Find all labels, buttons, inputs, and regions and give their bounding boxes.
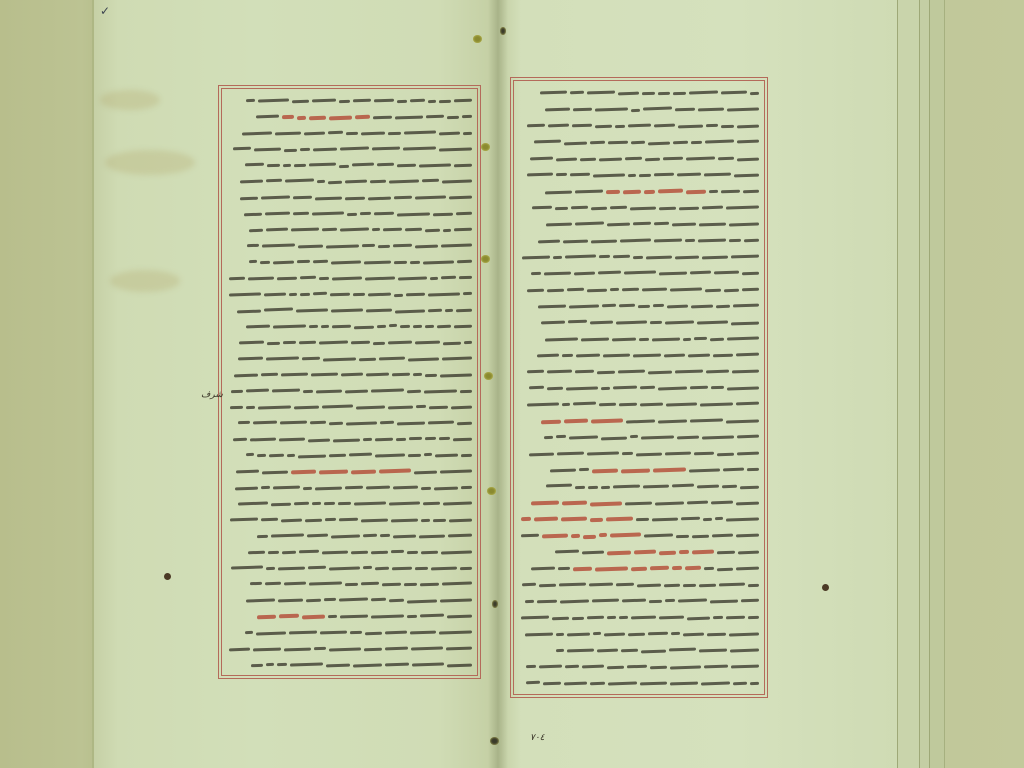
script-word — [654, 239, 682, 243]
script-word — [389, 180, 419, 184]
script-word — [354, 325, 374, 329]
script-word — [641, 435, 674, 439]
ink-spot — [822, 584, 829, 591]
script-word — [397, 212, 430, 216]
script-word — [291, 469, 316, 473]
binding-hole — [481, 143, 490, 151]
script-word — [385, 646, 408, 650]
script-word — [443, 501, 472, 505]
script-word — [565, 255, 596, 259]
script-word — [562, 354, 573, 357]
text-line — [519, 151, 759, 167]
script-word — [731, 664, 759, 668]
script-word — [595, 125, 612, 129]
script-word — [567, 288, 584, 292]
script-word — [545, 108, 570, 112]
script-word — [534, 517, 558, 521]
script-word — [393, 244, 412, 248]
script-word — [329, 454, 346, 458]
script-word — [346, 422, 377, 426]
script-word — [633, 256, 643, 259]
script-word — [563, 239, 588, 243]
script-word — [425, 374, 437, 377]
script-word — [245, 163, 264, 167]
script-word — [590, 321, 613, 325]
script-word — [565, 665, 579, 668]
script-word — [710, 600, 738, 604]
script-word — [354, 501, 386, 505]
text-line — [519, 577, 759, 593]
binding-hole — [473, 35, 482, 43]
script-word — [362, 244, 375, 247]
script-word — [268, 551, 279, 554]
script-word — [410, 630, 436, 634]
script-word — [705, 288, 721, 292]
script-word — [542, 534, 568, 538]
script-word — [380, 534, 390, 537]
script-word — [251, 664, 263, 667]
script-word — [346, 131, 358, 134]
script-word — [658, 386, 687, 390]
script-word — [324, 598, 336, 601]
text-line — [227, 480, 472, 496]
script-word — [340, 615, 368, 619]
script-word — [529, 452, 554, 456]
script-word — [269, 454, 284, 458]
script-word — [310, 421, 326, 425]
script-word — [383, 228, 402, 232]
script-word — [718, 157, 734, 161]
script-word — [415, 196, 446, 200]
script-word — [636, 518, 649, 521]
script-word — [331, 309, 363, 313]
text-line — [519, 183, 759, 199]
text-line — [519, 134, 759, 150]
script-word — [681, 517, 700, 521]
script-word — [294, 163, 306, 166]
script-word — [654, 222, 669, 226]
script-word — [246, 599, 275, 603]
script-word — [332, 277, 362, 281]
script-word — [643, 484, 669, 488]
script-word — [283, 341, 296, 344]
script-word — [575, 190, 603, 194]
script-word — [292, 99, 309, 103]
script-word — [723, 468, 744, 472]
script-word — [692, 535, 709, 539]
script-word — [311, 373, 338, 377]
script-word — [328, 615, 337, 618]
script-word — [689, 468, 720, 472]
script-word — [591, 418, 623, 423]
script-word — [460, 567, 472, 570]
binding-hole — [487, 487, 496, 495]
script-word — [258, 98, 289, 102]
script-word — [573, 402, 596, 406]
script-word — [388, 132, 401, 135]
script-word — [664, 354, 685, 358]
script-word — [230, 405, 243, 408]
script-word — [658, 92, 670, 95]
script-word — [282, 551, 296, 554]
script-word — [606, 517, 633, 521]
script-word — [685, 238, 695, 241]
script-word — [437, 325, 451, 328]
script-word — [587, 616, 604, 620]
script-word — [238, 502, 268, 506]
script-word — [592, 599, 619, 603]
script-word — [683, 633, 704, 637]
script-word — [699, 222, 726, 226]
script-word — [569, 304, 599, 308]
script-word — [439, 437, 450, 440]
script-word — [240, 197, 258, 201]
script-word — [421, 486, 431, 489]
script-word — [742, 272, 759, 276]
script-word — [439, 147, 472, 151]
script-word — [271, 534, 304, 538]
script-word — [610, 533, 641, 538]
text-line — [227, 609, 472, 625]
script-word — [428, 309, 442, 312]
script-word — [733, 682, 747, 685]
script-word — [236, 470, 259, 474]
script-word — [339, 100, 350, 103]
script-word — [439, 100, 451, 103]
text-line — [227, 560, 472, 576]
script-word — [428, 292, 460, 296]
script-word — [277, 276, 297, 280]
script-word — [267, 341, 280, 344]
script-word — [698, 239, 726, 243]
script-word — [737, 140, 759, 144]
script-word — [729, 632, 759, 636]
script-word — [231, 390, 243, 393]
script-word — [741, 599, 759, 603]
script-word — [619, 403, 637, 407]
text-line — [227, 641, 472, 657]
page-edge-strip — [897, 0, 921, 768]
script-word — [670, 287, 702, 291]
script-word — [530, 157, 553, 161]
script-word — [361, 582, 379, 586]
script-word — [744, 239, 759, 243]
script-word — [546, 222, 572, 226]
script-word — [616, 583, 634, 587]
script-word — [328, 181, 342, 184]
script-word — [526, 665, 536, 668]
script-word — [315, 196, 342, 200]
script-word — [582, 664, 604, 668]
script-word — [345, 180, 367, 184]
script-word — [546, 484, 572, 488]
binding-hole — [492, 600, 498, 608]
script-word — [349, 453, 372, 457]
script-word — [540, 91, 567, 95]
script-word — [391, 550, 404, 553]
script-word — [372, 228, 380, 231]
script-word — [721, 91, 747, 95]
script-word — [544, 435, 553, 438]
script-word — [430, 277, 438, 280]
script-word — [722, 485, 737, 489]
script-word — [675, 255, 699, 259]
script-word — [235, 486, 258, 490]
script-word — [312, 99, 336, 103]
script-word — [441, 244, 472, 248]
script-word — [454, 228, 472, 232]
script-word — [567, 633, 590, 637]
text-line — [227, 302, 472, 318]
script-word — [666, 403, 697, 407]
script-word — [238, 357, 263, 361]
script-word — [312, 501, 321, 504]
script-word — [597, 648, 618, 652]
script-word — [328, 131, 343, 135]
script-word — [669, 648, 696, 652]
script-word — [426, 115, 444, 119]
script-word — [408, 357, 439, 361]
text-line — [227, 464, 472, 480]
script-word — [570, 173, 590, 177]
script-word — [599, 255, 610, 258]
text-line — [227, 625, 472, 641]
script-word — [622, 452, 633, 455]
script-word — [616, 320, 647, 324]
script-word — [440, 598, 472, 602]
script-word — [392, 373, 410, 377]
script-word — [645, 158, 660, 162]
script-word — [316, 390, 342, 394]
script-word — [564, 419, 588, 423]
text-line — [227, 319, 472, 335]
script-word — [419, 534, 445, 538]
script-word — [262, 243, 295, 247]
text-line — [519, 265, 759, 281]
text-line — [519, 249, 759, 265]
script-word — [415, 340, 440, 344]
script-word — [527, 370, 544, 374]
script-word — [424, 390, 457, 394]
text-line — [519, 331, 759, 347]
script-word — [340, 228, 369, 232]
text-line — [227, 544, 472, 560]
script-word — [548, 124, 569, 128]
script-word — [580, 157, 596, 161]
script-word — [721, 190, 740, 194]
script-word — [734, 173, 759, 177]
script-word — [686, 190, 706, 194]
water-stain — [100, 90, 160, 110]
text-line — [227, 335, 472, 351]
script-word — [414, 470, 437, 474]
script-word — [556, 435, 566, 438]
script-word — [299, 550, 319, 554]
script-word — [601, 436, 627, 440]
script-word — [435, 454, 458, 458]
script-word — [271, 502, 291, 506]
script-word — [273, 261, 294, 265]
script-word — [621, 469, 650, 474]
script-word — [395, 309, 425, 313]
script-word — [443, 341, 461, 345]
script-word — [294, 502, 309, 506]
script-word — [712, 534, 733, 538]
script-word — [237, 309, 261, 313]
script-word — [364, 648, 382, 652]
script-word — [234, 373, 258, 377]
script-word — [638, 305, 650, 308]
script-word — [531, 272, 541, 275]
script-word — [676, 534, 689, 537]
right-text-block — [513, 80, 765, 695]
script-word — [453, 437, 472, 441]
script-word — [547, 289, 564, 293]
script-word — [729, 222, 759, 226]
script-word — [408, 454, 421, 457]
script-word — [284, 148, 297, 151]
script-word — [587, 91, 615, 95]
script-word — [641, 649, 666, 653]
script-word — [371, 615, 404, 619]
text-line — [227, 592, 472, 608]
script-word — [333, 438, 360, 442]
script-word — [239, 341, 264, 345]
script-word — [347, 212, 357, 215]
script-word — [642, 288, 667, 292]
script-word — [562, 403, 570, 406]
script-word — [407, 599, 437, 603]
script-word — [454, 164, 472, 168]
script-word — [299, 341, 316, 345]
text-line — [519, 659, 759, 675]
script-word — [665, 451, 691, 455]
script-word — [593, 173, 625, 177]
script-word — [257, 454, 266, 457]
script-word — [281, 372, 308, 376]
script-word — [702, 255, 728, 259]
script-word — [447, 615, 472, 619]
script-word — [690, 271, 711, 275]
text-line — [227, 222, 472, 238]
script-word — [653, 467, 686, 472]
script-word — [521, 517, 531, 521]
script-word — [359, 357, 376, 361]
script-word — [631, 566, 647, 570]
script-word — [713, 353, 733, 357]
script-word — [639, 338, 649, 341]
script-word — [568, 320, 587, 324]
script-word — [731, 255, 759, 259]
script-word — [604, 633, 625, 637]
script-word — [403, 147, 436, 151]
script-word — [670, 665, 701, 669]
script-word — [598, 271, 621, 275]
script-word — [416, 405, 426, 408]
script-word — [690, 386, 708, 390]
script-word — [658, 419, 687, 423]
script-word — [431, 566, 457, 570]
text-line — [227, 367, 472, 383]
script-word — [675, 370, 703, 374]
script-word — [649, 600, 662, 603]
script-word — [736, 501, 759, 505]
script-word — [561, 517, 587, 521]
script-word — [610, 288, 619, 291]
script-word — [382, 583, 401, 587]
script-word — [312, 212, 344, 216]
script-word — [606, 190, 620, 194]
script-word — [277, 663, 287, 666]
script-word — [644, 534, 673, 538]
script-word — [371, 388, 404, 392]
script-word — [683, 338, 691, 341]
script-word — [747, 468, 759, 471]
script-word — [407, 550, 418, 553]
script-word — [595, 107, 628, 111]
script-word — [537, 354, 559, 358]
script-word — [248, 276, 274, 280]
text-line — [519, 347, 759, 363]
text-line — [227, 190, 472, 206]
script-word — [556, 157, 577, 161]
script-word — [320, 631, 347, 635]
script-word — [253, 647, 281, 651]
script-word — [364, 260, 391, 264]
script-word — [599, 403, 616, 407]
script-word — [352, 163, 374, 167]
script-word — [412, 663, 444, 667]
script-word — [672, 566, 682, 570]
script-word — [628, 632, 645, 636]
script-word — [309, 163, 336, 167]
script-word — [687, 616, 710, 620]
text-line — [519, 233, 759, 249]
script-word — [443, 229, 451, 232]
script-word — [330, 293, 350, 297]
script-word — [589, 582, 613, 586]
script-word — [389, 501, 420, 505]
script-word — [261, 373, 278, 377]
script-word — [246, 99, 255, 102]
script-word — [287, 454, 295, 457]
script-word — [699, 649, 727, 653]
script-word — [375, 453, 405, 457]
script-word — [425, 325, 434, 328]
script-word — [297, 260, 310, 263]
script-word — [253, 421, 277, 425]
script-word — [714, 271, 739, 275]
script-word — [242, 132, 272, 136]
text-line — [227, 206, 472, 222]
script-word — [736, 567, 759, 571]
script-word — [675, 107, 695, 111]
script-word — [374, 99, 394, 103]
script-word — [628, 174, 636, 177]
script-word — [284, 647, 311, 651]
script-word — [729, 239, 741, 242]
script-word — [541, 320, 565, 324]
script-word — [407, 390, 421, 393]
script-word — [579, 468, 589, 471]
script-word — [618, 92, 639, 96]
script-word — [323, 357, 356, 361]
script-word — [229, 293, 261, 297]
script-word — [392, 566, 412, 570]
script-word — [650, 666, 667, 670]
script-word — [625, 502, 652, 506]
script-word — [726, 419, 759, 423]
